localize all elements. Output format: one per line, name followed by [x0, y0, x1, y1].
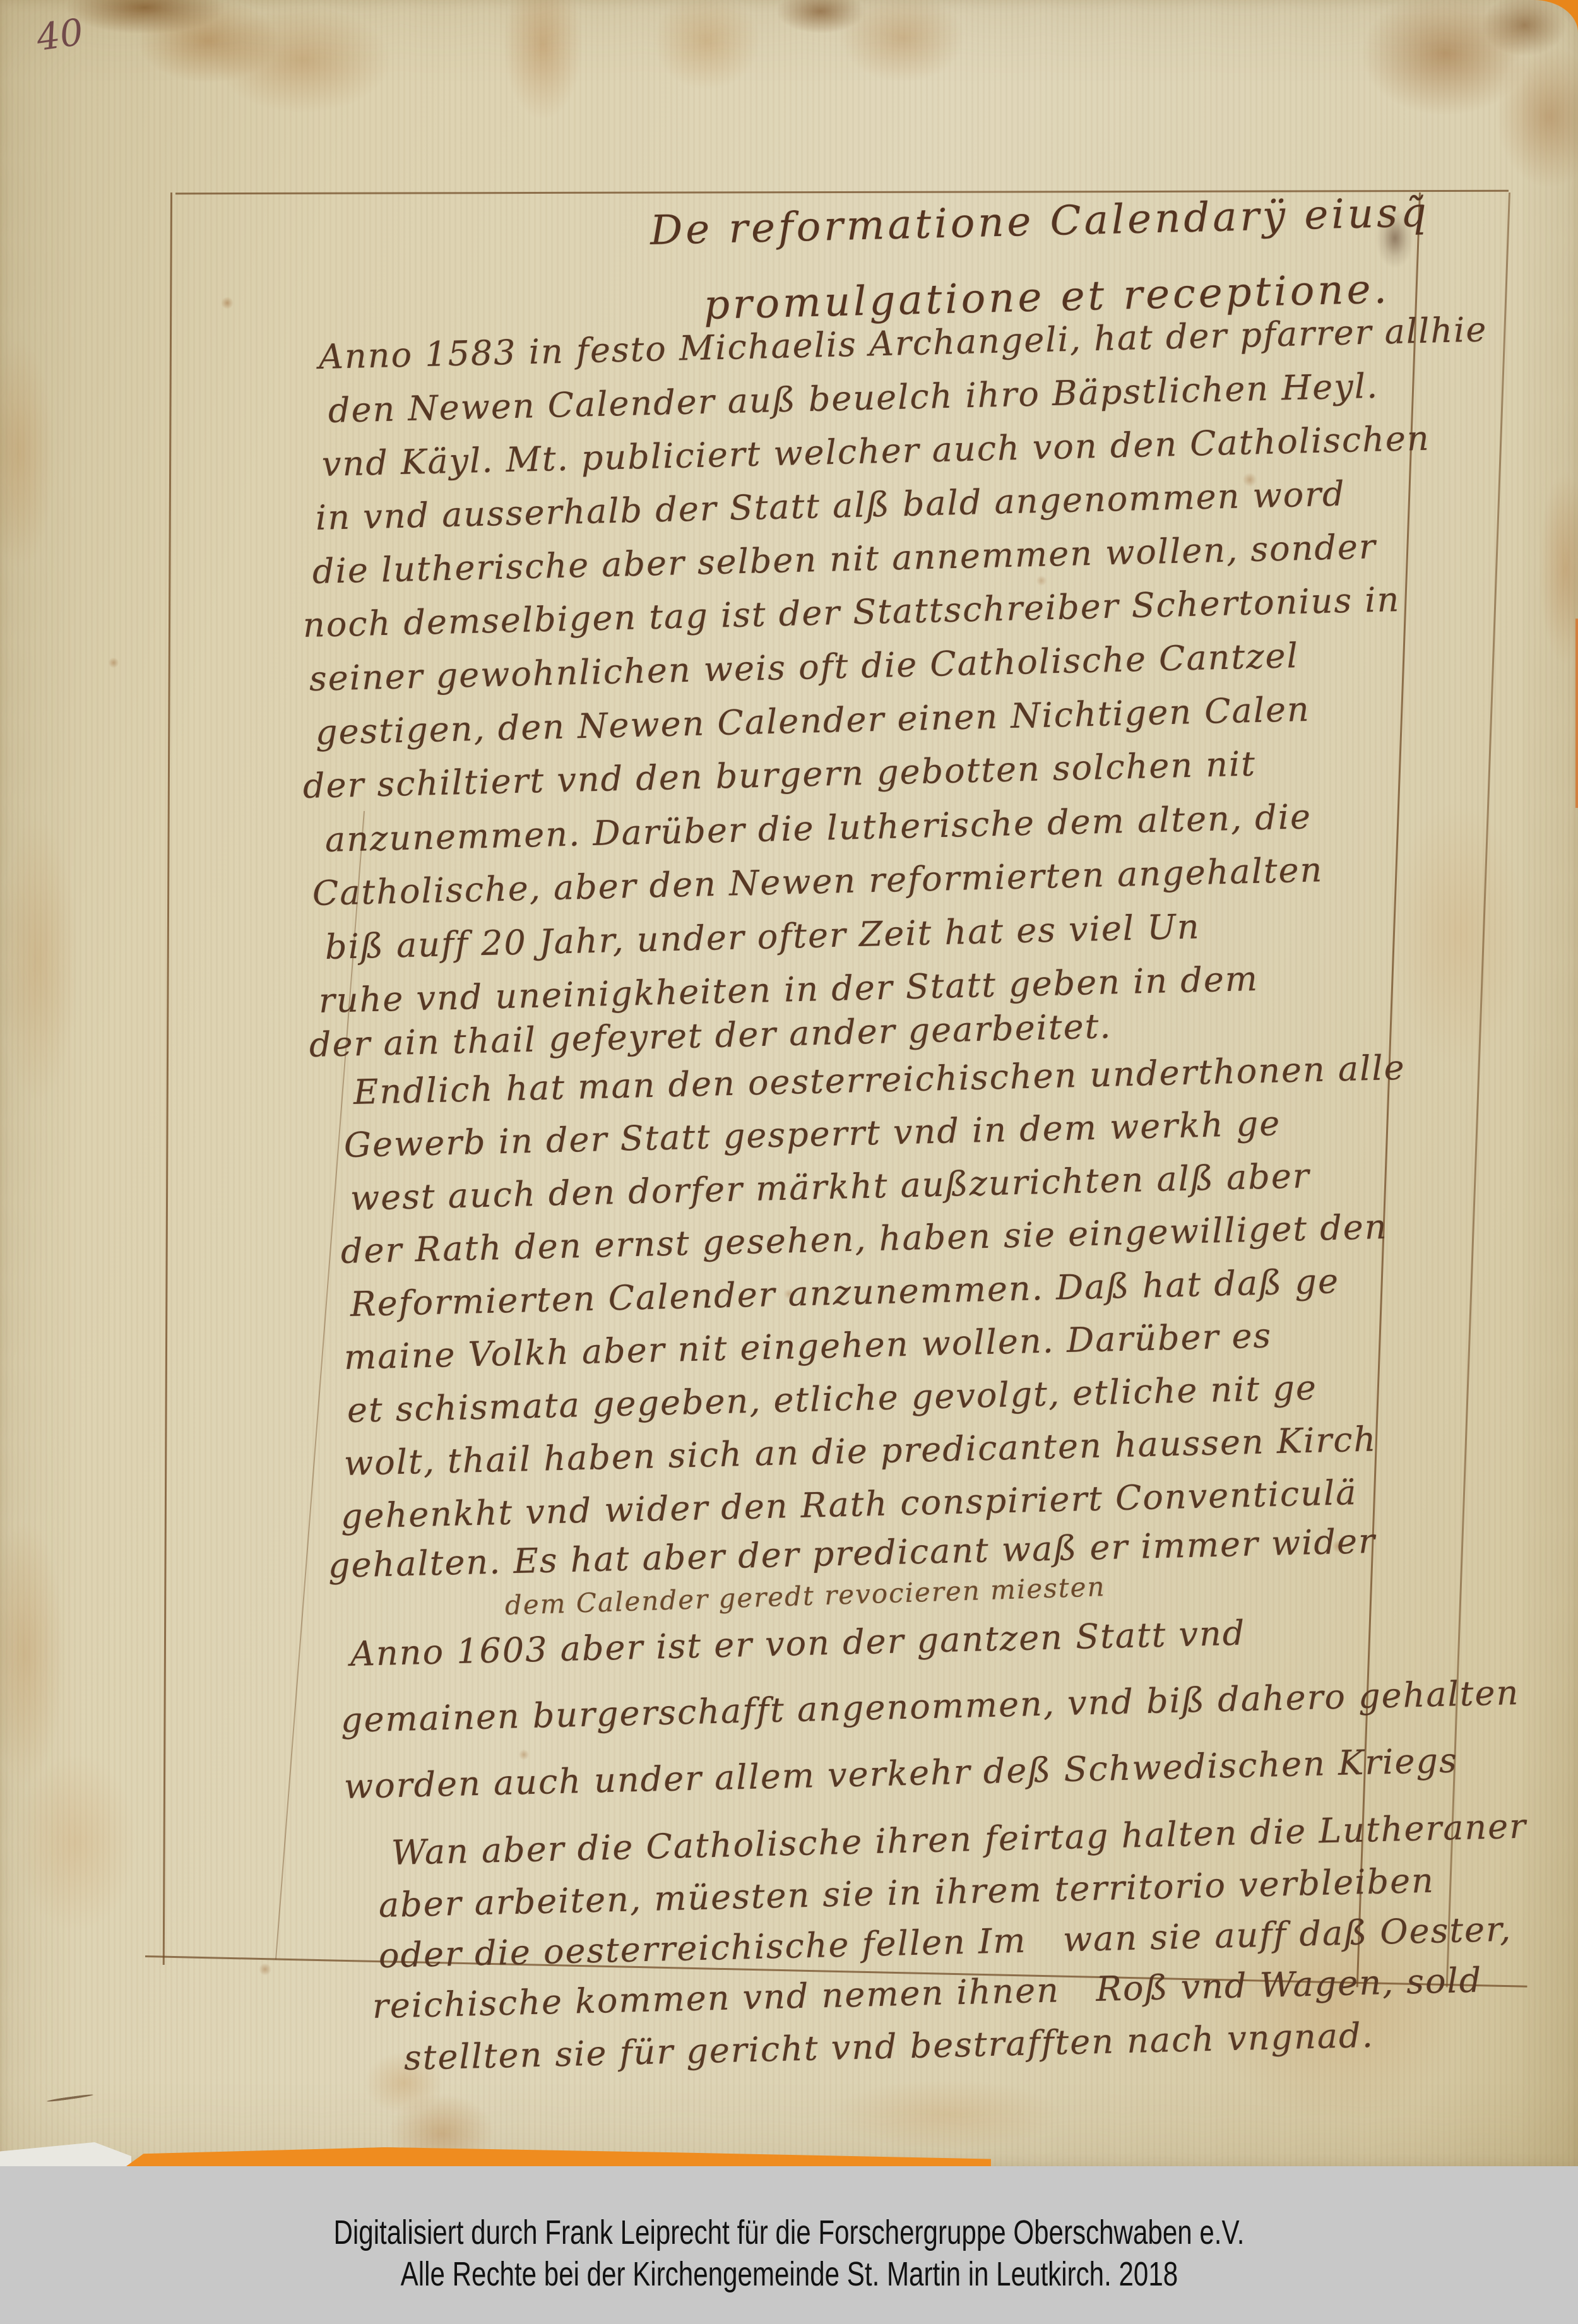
footer-credit-line: Digitalisiert durch Frank Leiprecht für … [334, 2215, 1245, 2250]
footer-rights-line: Alle Rechte bei der Kirchengemeinde St. … [400, 2257, 1178, 2291]
footer-bar: Digitalisiert durch Frank Leiprecht für … [0, 2166, 1578, 2324]
ink-blot [1376, 208, 1414, 268]
manuscript-scan: 40 De reformatione Calendarÿ eiusq̃ prom… [0, 0, 1578, 2324]
scanner-background-sliver [1575, 619, 1578, 808]
folio-number: 40 [34, 13, 85, 56]
